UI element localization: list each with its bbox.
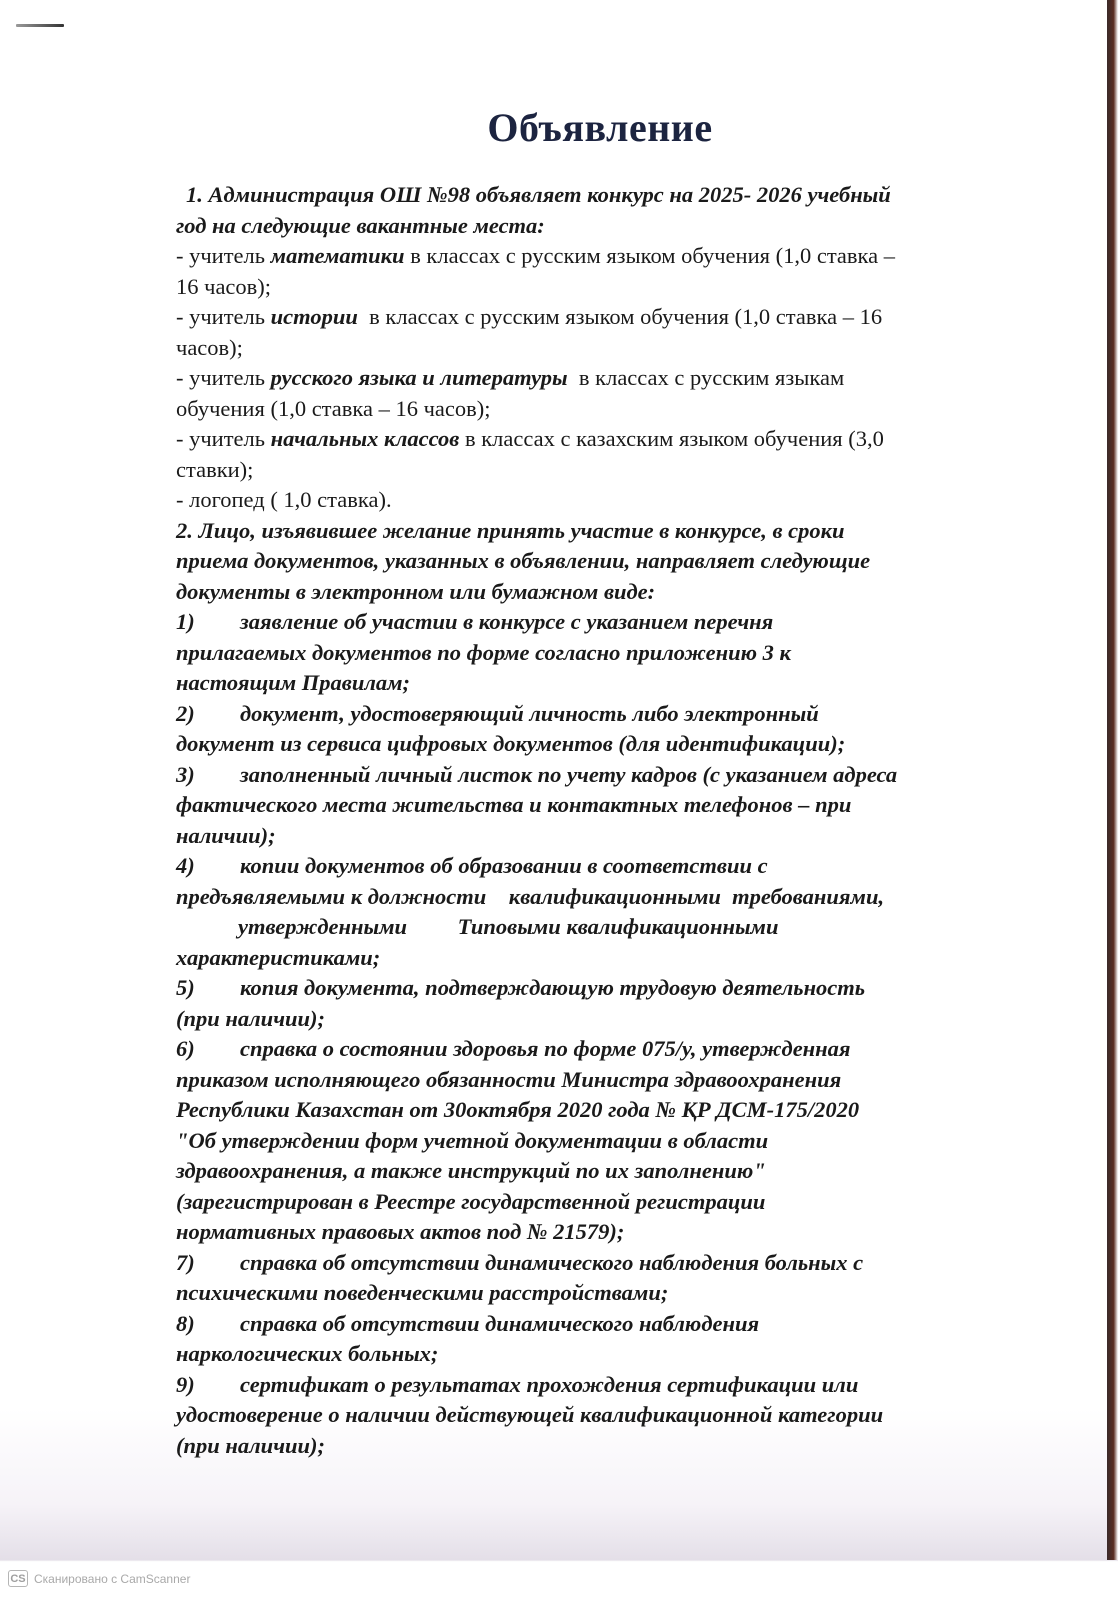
list-item-7: 7)справка об отсутствии динамического на…: [176, 1248, 1036, 1279]
watermark-text: Сканировано с CamScanner: [34, 1572, 190, 1586]
list-item-3-cont: наличии);: [176, 821, 1036, 852]
item-number: 6): [176, 1034, 240, 1065]
list-item-3: 3)заполненный личный листок по учету кад…: [176, 760, 1036, 791]
scan-artifact-mark: [16, 24, 64, 27]
vacancy-prefix: - учитель: [176, 426, 271, 451]
vacancy-prefix: - учитель: [176, 243, 271, 268]
vacancy-russian: - учитель русского языка и литературы в …: [176, 363, 1036, 394]
list-item-4-cont: утвержденными Типовыми квалификационными: [176, 912, 1036, 943]
item-number: 5): [176, 973, 240, 1004]
item-number: 9): [176, 1370, 240, 1401]
list-item-6-cont: нормативных правовых актов под № 21579);: [176, 1217, 1036, 1248]
vacancy-math: - учитель математики в классах с русским…: [176, 241, 1036, 272]
item-text: копии документов об образовании в соотве…: [240, 853, 768, 878]
list-item-2-cont: документ из сервиса цифровых документов …: [176, 729, 1036, 760]
list-item-6-cont: приказом исполняющего обязанности Минист…: [176, 1065, 1036, 1096]
item-number: 2): [176, 699, 240, 730]
item-text: справка о состоянии здоровья по форме 07…: [240, 1036, 851, 1061]
vacancy-speech-therapist: - логопед ( 1,0 ставка).: [176, 485, 1036, 516]
list-item-9-cont: удостоверение о наличии действующей квал…: [176, 1400, 1036, 1431]
section1-heading-line2: год на следующие вакантные места:: [176, 211, 1036, 242]
vacancy-prefix: - учитель: [176, 365, 271, 390]
vacancy-details: в классах с русским языкам: [568, 365, 845, 390]
section2-intro-line2: приема документов, указанных в объявлени…: [176, 546, 1036, 577]
list-item-5-cont: (при наличии);: [176, 1004, 1036, 1035]
vacancy-subject: математики: [271, 243, 405, 268]
vacancy-subject: истории: [271, 304, 358, 329]
list-item-1: 1)заявление об участии в конкурсе с указ…: [176, 607, 1036, 638]
vacancy-details: в классах с казахским языком обучения (3…: [459, 426, 884, 451]
item-text: справка об отсутствии динамического набл…: [240, 1250, 863, 1275]
item-text: справка об отсутствии динамического набл…: [240, 1311, 759, 1336]
vacancy-primary: - учитель начальных классов в классах с …: [176, 424, 1036, 455]
scanned-page: Объявление 1. Администрация ОШ №98 объяв…: [0, 0, 1118, 1600]
vacancy-prefix: - учитель: [176, 304, 271, 329]
list-item-8-cont: наркологических больных;: [176, 1339, 1036, 1370]
list-item-6-cont: "Об утверждении форм учетной документаци…: [176, 1126, 1036, 1157]
item-number: 3): [176, 760, 240, 791]
vacancy-primary-cont: ставки);: [176, 455, 1036, 486]
item-text: заявление об участии в конкурсе с указан…: [240, 609, 773, 634]
list-item-6-cont: Республики Казахстан от 30октября 2020 г…: [176, 1095, 1036, 1126]
item-text: документ, удостоверяющий личность либо э…: [240, 701, 819, 726]
list-item-4-cont: характеристиками;: [176, 943, 1036, 974]
list-item-1-cont: настоящим Правилам;: [176, 668, 1036, 699]
camscanner-watermark: CS Сканировано с CamScanner: [8, 1570, 190, 1587]
list-item-8: 8)справка об отсутствии динамического на…: [176, 1309, 1036, 1340]
document-title: Объявление: [0, 104, 1118, 151]
vacancy-subject: русского языка и литературы: [271, 365, 568, 390]
section2-intro-line3: документы в электронном или бумажном вид…: [176, 577, 1036, 608]
vacancy-subject: начальных классов: [271, 426, 460, 451]
list-item-1-cont: прилагаемых документов по форме согласно…: [176, 638, 1036, 669]
camscanner-logo-icon: CS: [8, 1570, 28, 1587]
item-text: копия документа, подтверждающую трудовую…: [240, 975, 865, 1000]
vacancy-details: в классах с русским языком обучения (1,0…: [405, 243, 895, 268]
document-body: 1. Администрация ОШ №98 объявляет конкур…: [176, 180, 1036, 1461]
list-item-9-cont: (при наличии);: [176, 1431, 1036, 1462]
item-number: 8): [176, 1309, 240, 1340]
vacancy-details: в классах с русским языком обучения (1,0…: [358, 304, 882, 329]
list-item-9: 9)сертификат о результатах прохождения с…: [176, 1370, 1036, 1401]
list-item-4: 4)копии документов об образовании в соот…: [176, 851, 1036, 882]
section2-intro-line1: 2. Лицо, изъявившее желание принять учас…: [176, 516, 1036, 547]
vacancy-math-cont: 16 часов);: [176, 272, 1036, 303]
list-item-3-cont: фактического места жительства и контактн…: [176, 790, 1036, 821]
section1-heading-line1: 1. Администрация ОШ №98 объявляет конкур…: [176, 180, 1036, 211]
list-item-4-cont: предъявляемыми к должности квалификацион…: [176, 882, 1036, 913]
list-item-6-cont: (зарегистрирован в Реестре государственн…: [176, 1187, 1036, 1218]
item-number: 1): [176, 607, 240, 638]
item-text: заполненный личный листок по учету кадро…: [240, 762, 897, 787]
item-number: 4): [176, 851, 240, 882]
page-edge-shadow: [1107, 0, 1118, 1560]
vacancy-history-cont: часов);: [176, 333, 1036, 364]
vacancy-history: - учитель истории в классах с русским яз…: [176, 302, 1036, 333]
list-item-5: 5)копия документа, подтверждающую трудов…: [176, 973, 1036, 1004]
vacancy-russian-cont: обучения (1,0 ставка – 16 часов);: [176, 394, 1036, 425]
list-item-6-cont: здравоохранения, а также инструкций по и…: [176, 1156, 1036, 1187]
item-number: 7): [176, 1248, 240, 1279]
item-text: сертификат о результатах прохождения сер…: [240, 1372, 858, 1397]
list-item-7-cont: психическими поведенческими расстройства…: [176, 1278, 1036, 1309]
list-item-6: 6)справка о состоянии здоровья по форме …: [176, 1034, 1036, 1065]
list-item-2: 2)документ, удостоверяющий личность либо…: [176, 699, 1036, 730]
